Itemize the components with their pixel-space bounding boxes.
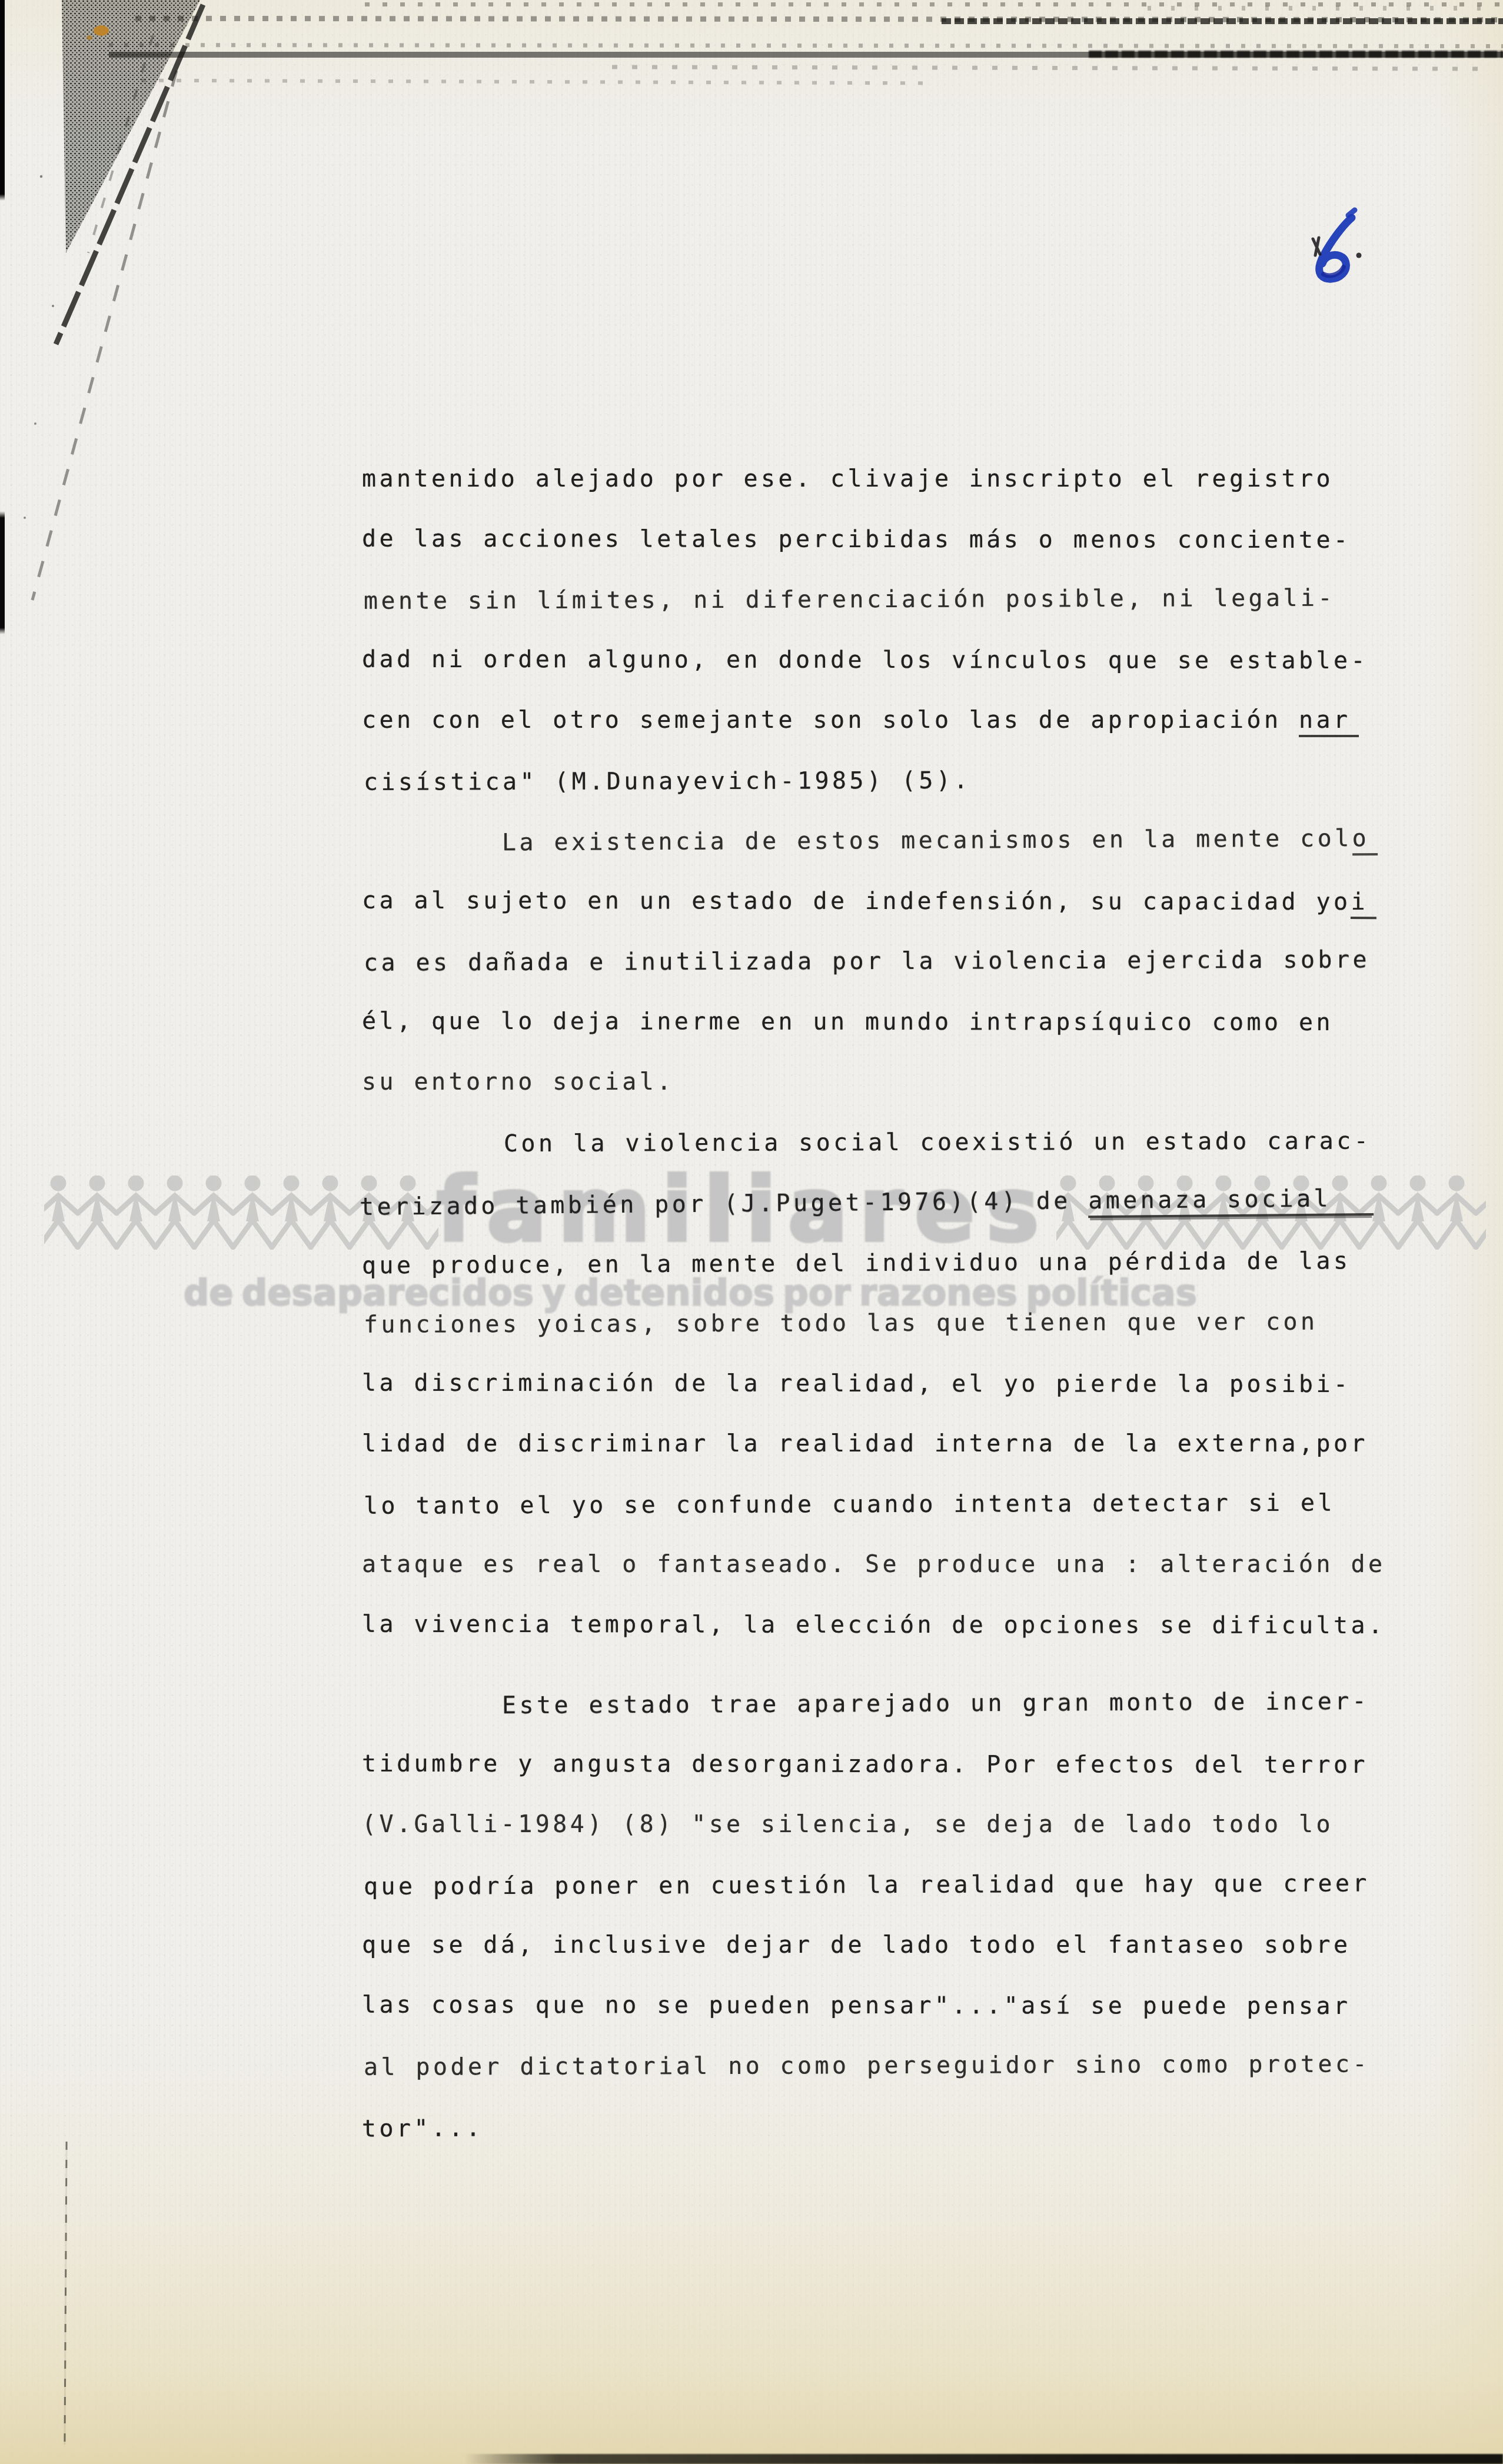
text-line: las cosas que no se pueden pensar"..."as… xyxy=(362,1974,1433,2036)
text-segment: tor"... xyxy=(362,2115,484,2142)
text-line: ataque es real o fantaseado. Se produce … xyxy=(362,1534,1433,1595)
text-segment: lidad de discriminar la realidad interna… xyxy=(362,1430,1368,1457)
scanned-document-page: familiares de desaparecidos y detenidos … xyxy=(0,0,1503,2464)
text-segment: mente sin límites, ni diferenciación pos… xyxy=(364,585,1335,615)
text-segment: al poder dictatorial no como perseguidor… xyxy=(364,2050,1370,2080)
underlined-text: i xyxy=(1351,888,1376,919)
text-segment: ataque es real o fantaseado. Se produce … xyxy=(362,1551,1385,1578)
text-line: mente sin límites, ni diferenciación pos… xyxy=(364,568,1435,631)
text-line: él, que lo deja inerme en un mundo intra… xyxy=(362,991,1433,1053)
text-line: terizado también por (J.Puget-1976)(4) d… xyxy=(360,1168,1431,1237)
scan-artifact-left-edge xyxy=(0,0,5,647)
text-segment: la vivencia temporal, la elección de opc… xyxy=(362,1610,1386,1639)
text-segment: que produce, en la mente del individuo u… xyxy=(362,1247,1351,1279)
text-segment: cisística" (M.Dunayevich-1985) (5). xyxy=(364,767,971,795)
scan-artifact-streak xyxy=(942,18,1503,24)
paper-crease-line xyxy=(64,2142,67,2445)
underlined-text: o xyxy=(1352,825,1378,855)
aged-paper-tint-top xyxy=(0,0,1503,135)
text-segment: Con la violencia social coexistió un est… xyxy=(504,1127,1371,1157)
text-line: su entorno social. xyxy=(362,1052,1433,1113)
typewritten-text: mantenido alejado por ese. clivaje inscr… xyxy=(362,449,1433,2156)
text-line: (V.Galli-1984) (8) "se silencia, se deja… xyxy=(362,1794,1433,1855)
scan-artifact-streak xyxy=(612,65,1483,71)
text-segment: lo tanto el yo se confunde cuando intent… xyxy=(364,1489,1335,1519)
text-line: la vivencia temporal, la elección de opc… xyxy=(362,1594,1433,1656)
text-line: Este estado trae aparejado un gran monto… xyxy=(362,1671,1433,1737)
text-line: que produce, en la mente del individuo u… xyxy=(362,1230,1433,1296)
text-segment: cen con el otro semejante son solo las d… xyxy=(362,707,1299,734)
aged-paper-tint-right xyxy=(1432,0,1503,2464)
scan-artifact-streak xyxy=(109,52,1503,58)
orange-stain xyxy=(94,25,109,36)
text-line: cen con el otro semejante son solo las d… xyxy=(362,690,1433,751)
text-segment: tidumbre y angusta desorganizadora. Por … xyxy=(362,1750,1368,1778)
text-segment: mantenido alejado por ese. clivaje inscr… xyxy=(362,465,1334,492)
scan-artifact-corner xyxy=(0,0,265,677)
scan-artifact-streak xyxy=(135,16,1503,22)
text-line: cisística" (M.Dunayevich-1985) (5). xyxy=(364,749,1435,813)
text-segment: ca es dañada e inutilizada por la violen… xyxy=(364,946,1370,976)
text-segment: dad ni orden alguno, en donde los víncul… xyxy=(362,645,1368,674)
text-line: al poder dictatorial no como perseguidor… xyxy=(364,2034,1435,2097)
handwritten-page-number xyxy=(1298,205,1374,287)
scan-artifact-bottom-edge xyxy=(465,2454,1503,2464)
text-line: que podría poner en cuestión la realidad… xyxy=(364,1853,1435,1917)
text-line: de las acciones letales percibidas más o… xyxy=(362,508,1433,570)
scan-artifact-streak xyxy=(1148,6,1501,11)
text-segment: él, que lo deja inerme en un mundo intra… xyxy=(362,1007,1334,1035)
text-line: dad ni orden alguno, en donde los víncul… xyxy=(362,629,1433,691)
text-line: Con la violencia social coexistió un est… xyxy=(364,1111,1435,1174)
text-line: la discriminación de la realidad, el yo … xyxy=(362,1353,1433,1414)
underlined-text: amenaza social xyxy=(1088,1185,1374,1218)
text-line: ca al sujeto en un estado de indefensión… xyxy=(362,870,1433,932)
underlined-text: nar xyxy=(1299,707,1359,737)
scan-artifact-streak xyxy=(365,2,1503,6)
scan-artifact-streak xyxy=(141,79,924,85)
text-segment: la discriminación de la realidad, el yo … xyxy=(362,1369,1351,1397)
text-segment: Este estado trae aparejado un gran monto… xyxy=(502,1688,1369,1719)
text-line: tor"... xyxy=(362,2093,1433,2159)
text-segment: (V.Galli-1984) (8) "se silencia, se deja… xyxy=(362,1811,1334,1838)
text-segment: su entorno social. xyxy=(362,1068,674,1096)
text-line: La existencia de estos mecanismos en la … xyxy=(362,808,1433,874)
text-segment: que se dá, inclusive dejar de lado todo … xyxy=(362,1932,1351,1959)
text-line: tidumbre y angusta desorganizadora. Por … xyxy=(362,1733,1433,1795)
scan-artifact-streak xyxy=(1089,51,1503,58)
text-line: ca es dañada e inutilizada por la violen… xyxy=(364,930,1435,993)
text-segment: funciones yoicas, sobre todo las que tie… xyxy=(364,1308,1318,1338)
text-line: lo tanto el yo se confunde cuando intent… xyxy=(364,1473,1435,1536)
text-segment: ca al sujeto en un estado de indefensión… xyxy=(362,887,1351,915)
text-segment: terizado también por (J.Puget-1976)(4) d… xyxy=(360,1187,1089,1221)
text-segment: de las acciones letales percibidas más o… xyxy=(362,525,1351,553)
text-segment: las cosas que no se pueden pensar"..."as… xyxy=(362,1991,1351,2019)
text-line: lidad de discriminar la realidad interna… xyxy=(362,1414,1433,1474)
text-line: mantenido alejado por ese. clivaje inscr… xyxy=(362,449,1433,510)
text-segment: La existencia de estos mecanismos en la … xyxy=(502,825,1352,856)
text-segment: que podría poner en cuestión la realidad… xyxy=(364,1870,1370,1900)
scan-artifact-streak xyxy=(109,43,1503,48)
text-line: funciones yoicas, sobre todo las que tie… xyxy=(364,1291,1435,1355)
text-line: que se dá, inclusive dejar de lado todo … xyxy=(362,1915,1433,1976)
